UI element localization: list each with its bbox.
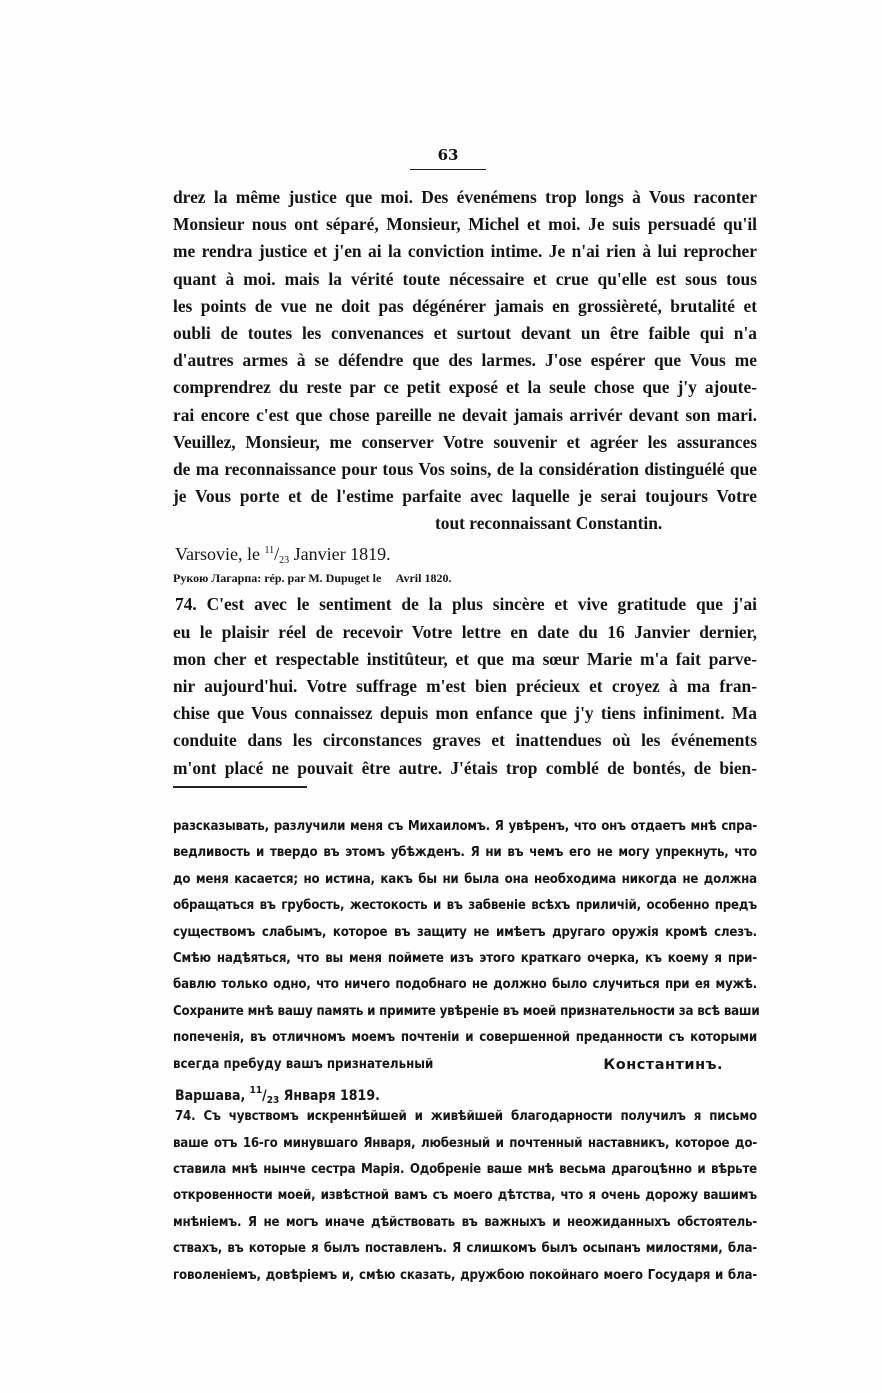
- french-text-block: drez la même justice que moi. Des éveném…: [173, 184, 757, 782]
- page-header: 63: [410, 146, 486, 170]
- translation-line: бавлю только одно, что ничего подобнаго …: [173, 972, 757, 998]
- text-line: chise que Vous connaissez depuis mon enf…: [173, 700, 757, 727]
- text-line: drez la même justice que moi. Des éveném…: [173, 184, 757, 211]
- text-line: 74. C'est avec le sentiment de la plus s…: [173, 591, 757, 618]
- text-line: comprendrez du reste par ce petit exposé…: [173, 374, 757, 401]
- translation-line: мнѣніемъ. Я не могъ иначе дѣйствовать въ…: [173, 1210, 757, 1236]
- translation-line: разсказывать, разлучили меня съ Михаилом…: [173, 814, 757, 840]
- text-line: eu le plaisir réel de recevoir Votre let…: [173, 619, 757, 646]
- translation-line: до меня касается; но истина, какъ бы ни …: [173, 867, 757, 893]
- text-line: me rendra justice et j'en ai la convicti…: [173, 238, 757, 265]
- translation-line: говоленіемъ, довѣріемъ и, смѣю сказать, …: [173, 1263, 757, 1289]
- closing-formula: всегда пребуду вашъ признательный: [173, 1052, 433, 1078]
- text-line: m'ont placé ne pouvait être autre. J'éta…: [173, 755, 757, 782]
- dateline: Varsovie, le 11/23 Janvier 1819.: [173, 537, 757, 565]
- translation-line: ствахъ, въ которые я былъ поставленъ. Я …: [173, 1236, 757, 1262]
- translation-line: существомъ слабымъ, которое въ защиту не…: [173, 920, 757, 946]
- translation-line: попеченія, въ отличномъ моемъ почтеніи и…: [173, 1025, 757, 1051]
- dateline-suffix: Janvier 1819.: [289, 544, 390, 564]
- archival-note: Рукою Лагарпа: rép. par M. Dupuget le Av…: [173, 565, 757, 591]
- date-old-style: 11: [250, 1085, 263, 1096]
- text-line: conduite dans les circonstances graves e…: [173, 727, 757, 754]
- dateline-prefix: Варшава,: [175, 1088, 250, 1104]
- text-line: rai encore c'est que chose pareille ne d…: [173, 402, 757, 429]
- translation-line: откровенности моей, извѣстной вамъ съ мо…: [173, 1183, 757, 1209]
- translation-line: ведливость и твердо въ этомъ убѣжденъ. Я…: [173, 840, 757, 866]
- text-line: mon cher et respectable institûteur, et …: [173, 646, 757, 673]
- translation-line: обращаться въ грубость, жестокость и въ …: [173, 893, 757, 919]
- text-line: d'autres armes à se défendre que des lar…: [173, 347, 757, 374]
- dateline-suffix: Января 1819.: [279, 1088, 380, 1104]
- footnote-rule: [173, 786, 307, 788]
- translation-dateline: Варшава, 11/23 Января 1819.: [173, 1078, 757, 1104]
- translation-line: Сохраните мнѣ вашу память и примите увѣр…: [173, 999, 757, 1025]
- text-line: oubli de toutes les convenances et surto…: [173, 320, 757, 347]
- translation-line: Смѣю надѣяться, что вы меня поймете изъ …: [173, 946, 757, 972]
- text-line: les points de vue ne doit pas dégénérer …: [173, 293, 757, 320]
- text-line: Veuillez, Monsieur, me conserver Votre s…: [173, 429, 757, 456]
- text-line: nir aujourd'hui. Votre suffrage m'est bi…: [173, 673, 757, 700]
- translation-line: ставила мнѣ нынче сестра Марія. Одобрені…: [173, 1157, 757, 1183]
- text-line: Monsieur nous ont séparé, Monsieur, Mich…: [173, 211, 757, 238]
- text-line: je Vous porte et de l'estime parfaite av…: [173, 483, 757, 510]
- book-page: 63 drez la même justice que moi. Des éve…: [0, 0, 882, 1393]
- translation-line: ваше отъ 16-го минувшаго Января, любезны…: [173, 1131, 757, 1157]
- signature-line: tout reconnaissant Constantin.: [173, 510, 757, 537]
- header-rule: [410, 169, 486, 170]
- translation-closing: всегда пребуду вашъ признательный Конста…: [173, 1052, 757, 1078]
- text-line: quant à moi. mais la vérité toute nécess…: [173, 266, 757, 293]
- date-old-style: 11: [264, 545, 274, 556]
- translation-line: 74. Съ чувствомъ искреннѣйшей и живѣйшей…: [173, 1104, 757, 1130]
- translation-signature: Константинъ.: [603, 1052, 723, 1078]
- page-number: 63: [410, 146, 486, 164]
- dateline-prefix: Varsovie, le: [175, 544, 264, 564]
- russian-translation-block: разсказывать, разлучили меня съ Михаилом…: [173, 814, 757, 1289]
- text-line: de ma reconnaissance pour tous Vos soins…: [173, 456, 757, 483]
